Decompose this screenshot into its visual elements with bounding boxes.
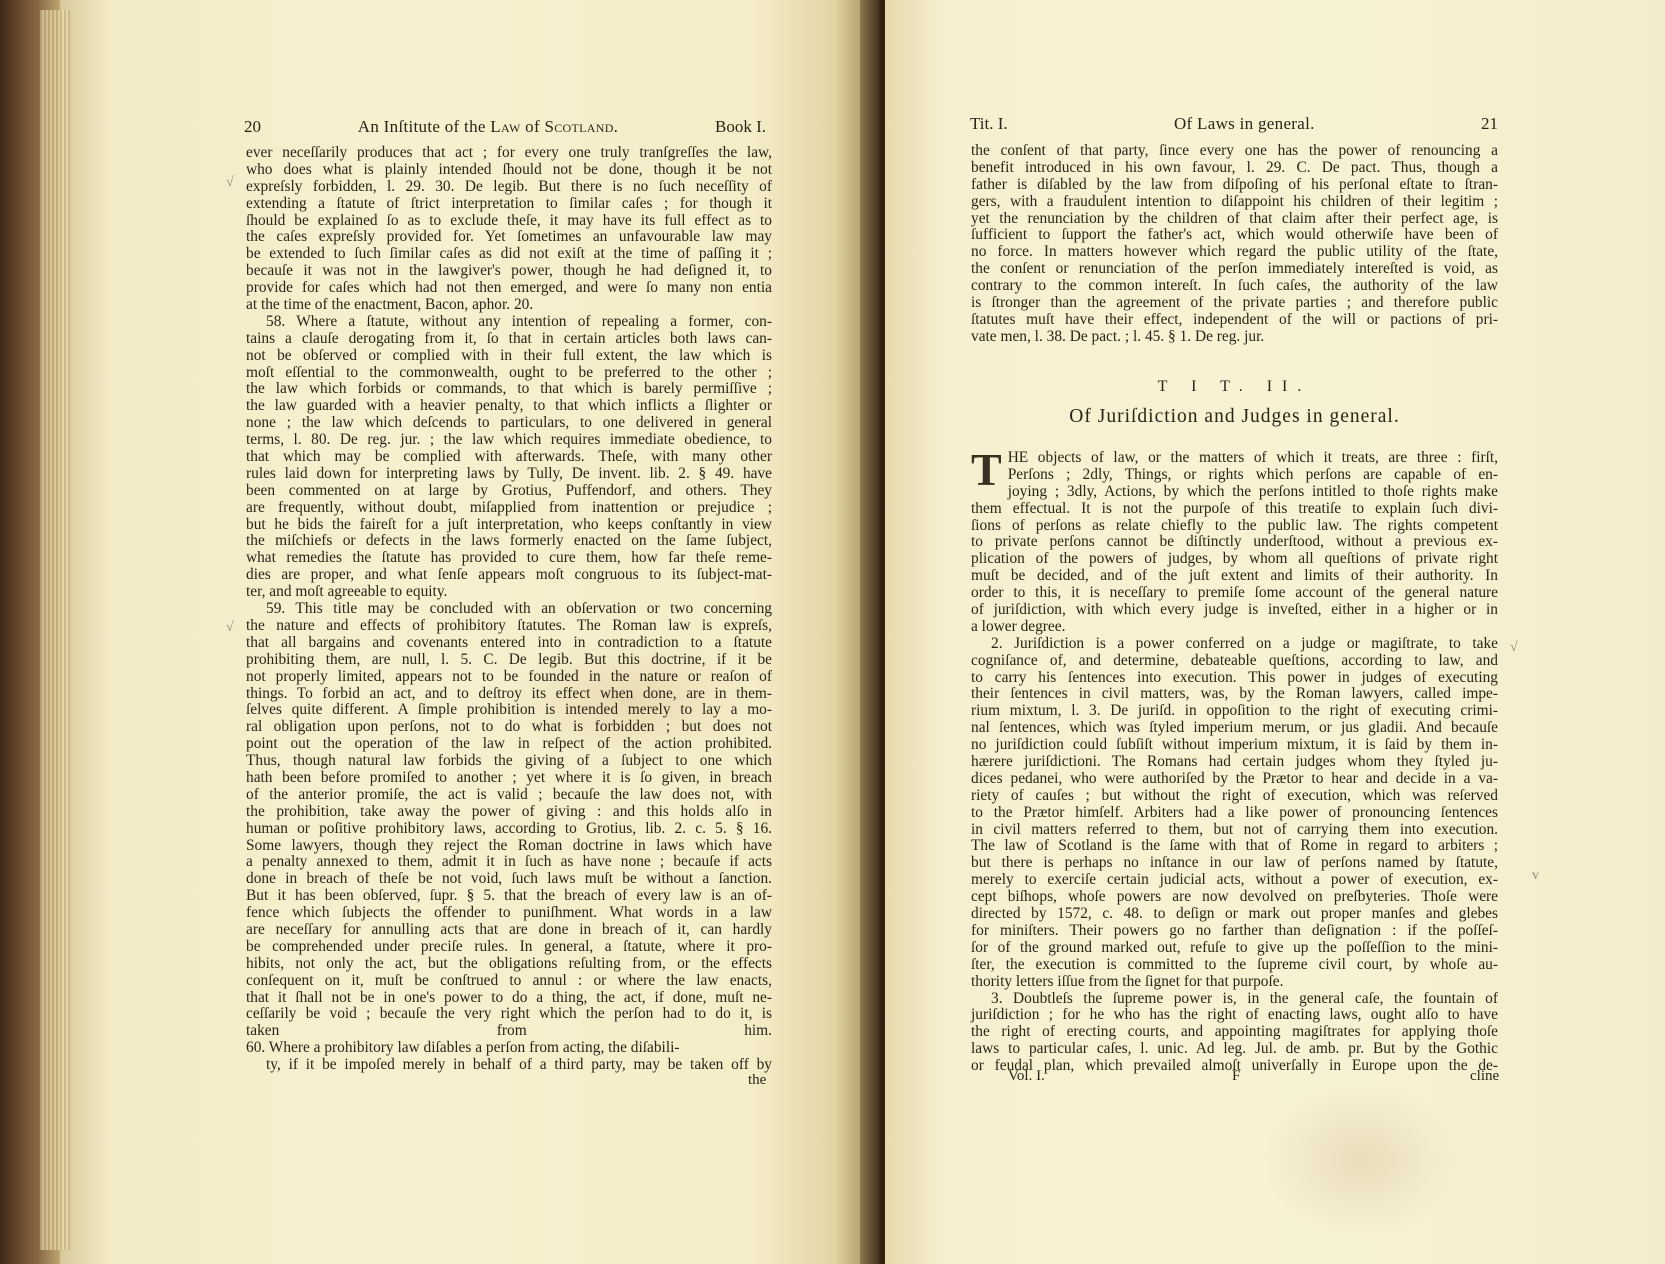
text-line: cept biſhops, whoſe powers are now devol… — [971, 889, 1498, 906]
right-running-head: Tit. I. Of Laws in general. 21 — [970, 114, 1498, 134]
text-line: not properly limited, appears not to be … — [246, 669, 772, 686]
text-line: is ſtronger than the agreement of the pr… — [971, 295, 1498, 312]
running-title: An Inſtitute of the Law of Scotland. — [358, 117, 618, 137]
catchword: cline — [1470, 1068, 1499, 1085]
text-line: the miſchiefs or defects in the laws for… — [246, 533, 772, 550]
text-line: yet the renunciation by the children of … — [971, 211, 1498, 228]
text-line: fence which ſubjects the offender to pun… — [246, 905, 772, 922]
text-line: them effectual. It is not the purpoſe of… — [971, 501, 1498, 518]
text-line: juriſdiction ; for he who has the right … — [971, 1007, 1498, 1024]
text-line: 2. Juriſdiction is a power conferred on … — [971, 636, 1498, 653]
text-line: the right of erecting courts, and appoin… — [971, 1024, 1498, 1041]
text-line: riety of cauſes ; but without the right … — [971, 788, 1498, 805]
text-line: merely to exerciſe certain judicial acts… — [971, 872, 1498, 889]
text-line: none ; the law which deſcends to particu… — [246, 415, 772, 432]
text-line: ceſſarily be void ; becauſe the very rig… — [246, 1006, 772, 1023]
catchword: the — [748, 1072, 766, 1089]
title-heading: T I T. II. — [971, 378, 1498, 396]
text-line: the caſes expreſsly provided for. Yet ſo… — [246, 229, 772, 246]
text-line: benefit introduced in his own favour, l.… — [971, 160, 1498, 177]
volume-label: Vol. I. — [1008, 1068, 1045, 1085]
text-line: to carry his ſentences into execution. T… — [971, 670, 1498, 687]
book-spread: 20 An Inſtitute of the Law of Scotland. … — [0, 0, 1665, 1264]
text-line: of juriſdiction, with which every judge … — [971, 602, 1498, 619]
text-line: at the time of the enactment, Bacon, aph… — [246, 297, 772, 314]
text-line: 58. Where a ſtatute, without any intenti… — [246, 314, 772, 331]
running-title: Of Laws in general. — [1174, 114, 1315, 134]
text-line: ſelves quite different. A ſimple prohibi… — [246, 702, 772, 719]
text-line: are frequently, without doubt, miſapplie… — [246, 500, 772, 517]
text-line: are neceſſary for annulling acts that ar… — [246, 922, 772, 939]
text-line: ral obligation upon perſons, not to do w… — [246, 719, 772, 736]
text-line: that all bargains and covenants entered … — [246, 635, 772, 652]
text-line: the conſent or renunciation of the perſo… — [971, 261, 1498, 278]
text-line: in civil matters referred to them, but n… — [971, 822, 1498, 839]
text-line: muſt be decided, and of the juſt extent … — [971, 568, 1498, 585]
text-line: to the Prætor himſelf. Arbiters had a li… — [971, 805, 1498, 822]
text-line: extending a ſtatute of ſtrict interpreta… — [246, 196, 772, 213]
text-line: their ſentences in civil matters, was, b… — [971, 686, 1498, 703]
text-line: dies are proper, and what ſenſe appears … — [246, 567, 772, 584]
text-line: rules laid down for interpreting laws by… — [246, 466, 772, 483]
chapter-title: Of Juriſdiction and Judges in general. — [971, 406, 1498, 428]
text-line: been commented on at large by Grotius, P… — [246, 483, 772, 500]
left-body-text: ever neceſſarily produces that act ; for… — [246, 145, 772, 1074]
text-line: the nature and effects of prohibitory ſt… — [246, 618, 772, 635]
text-line: thority letters iſſue from the ſignet fo… — [971, 974, 1498, 991]
text-line: tains a clauſe derogating from it, ſo th… — [246, 331, 772, 348]
page-number: 20 — [244, 117, 261, 137]
text-line: what remedies the ſtatute has provided t… — [246, 550, 772, 567]
margin-check-mark: √ — [226, 175, 234, 191]
text-line: nal ſentences, which was ſtyled imperium… — [971, 720, 1498, 737]
book-label: Book I. — [715, 117, 766, 137]
text-line: the conſent of that party, ſince every o… — [971, 143, 1498, 160]
text-line: be comprehended under preciſe rules. In … — [246, 939, 772, 956]
text-line: ſhould be explained ſo as to exclude the… — [246, 213, 772, 230]
text-line: but there is perhaps no inſtance in our … — [971, 855, 1498, 872]
text-line: becauſe it was not in the lawgiver's pow… — [246, 263, 772, 280]
text-line: who does what is plainly intended ſhould… — [246, 162, 772, 179]
text-line: 3. Doubtleſs the ſupreme power is, in th… — [971, 991, 1498, 1008]
text-line: a penalty annexed to them, admit it in ſ… — [246, 854, 772, 871]
text-line: expreſsly forbidden, l. 29. 30. De legib… — [246, 179, 772, 196]
text-line: conſequent on it, muſt be conſtrued to a… — [246, 973, 772, 990]
text-line: to private perſons cannot be diſtinctly … — [971, 534, 1498, 551]
margin-check-mark: √ — [226, 620, 234, 636]
text-line: that which may be complied with afterwar… — [246, 449, 772, 466]
text-line: a lower degree. — [971, 619, 1498, 636]
section-label: Tit. I. — [970, 114, 1008, 134]
text-line: the prohibition, take away the power of … — [246, 804, 772, 821]
text-line: be extended to ſuch ſimilar caſes as did… — [246, 246, 772, 263]
text-line: joying ; 3dly, Actions, by which the per… — [971, 484, 1498, 501]
text-line: gers, with a fraudulent intention to diſ… — [971, 194, 1498, 211]
text-line: things. To forbid an act, and to deſtroy… — [246, 686, 772, 703]
text-line: no force. In matters however which regar… — [971, 244, 1498, 261]
text-line: human or poſitive prohibitory laws, acco… — [246, 821, 772, 838]
text-line: terms, l. 80. De reg. jur. ; the law whi… — [246, 432, 772, 449]
text-line: no juriſdiction could ſubſiſt without im… — [971, 737, 1498, 754]
text-line: but he bids the faireſt for a juſt inter… — [246, 517, 772, 534]
text-line: done in breach of theſe be not void, ſuc… — [246, 871, 772, 888]
text-line: 59. This title may be concluded with an … — [246, 601, 772, 618]
text-line: the law which forbids or commands, to th… — [246, 381, 772, 398]
text-line: that it ſhall not be in one's power to d… — [246, 990, 772, 1007]
text-line: ever neceſſarily produces that act ; for… — [246, 145, 772, 162]
text-line: hibits, not only the act, but the obliga… — [246, 956, 772, 973]
text-line: ſtatutes muſt have their effect, indepen… — [971, 312, 1498, 329]
right-body-text: THE objects of law, or the matters of wh… — [971, 450, 1498, 1075]
text-line: cogniſance of, and determine, debateable… — [971, 653, 1498, 670]
text-line: taken from him. — [246, 1023, 772, 1040]
text-line: rium mixtum, l. 3. De juriſd. in oppoſit… — [971, 703, 1498, 720]
text-line: laws to particular caſes, l. unic. Ad le… — [971, 1041, 1498, 1058]
text-line: Perſons ; 2dly, Things, or rights which … — [971, 467, 1498, 484]
text-line: ty, if it be impoſed merely in behalf of… — [246, 1057, 772, 1074]
text-line: of the anterior promiſe, the act is vali… — [246, 787, 772, 804]
text-line: provide for caſes which had not then eme… — [246, 280, 772, 297]
text-line: Thus, though natural law forbids the giv… — [246, 753, 772, 770]
text-line: directed by 1572, c. 48. to deſign or ma… — [971, 906, 1498, 923]
text-line: prohibiting them, are null, l. 5. C. De … — [246, 652, 772, 669]
text-line: ſor of the ground marked out, refuſe to … — [971, 940, 1498, 957]
signature-mark: F — [1232, 1068, 1240, 1085]
text-line: vate men, l. 38. De pact. ; l. 45. § 1. … — [971, 329, 1498, 346]
text-line: But it has been obſerved, ſupr. § 5. tha… — [246, 888, 772, 905]
left-running-head: 20 An Inſtitute of the Law of Scotland. … — [244, 117, 766, 137]
text-line: point out the operation of the law in re… — [246, 736, 772, 753]
right-body-text-top: the conſent of that party, ſince every o… — [971, 143, 1498, 346]
text-line: dices pedanei, who were authoriſed by th… — [971, 771, 1498, 788]
paper-stain — [1260, 1080, 1460, 1240]
text-line: for miniſters. Their powers go no farthe… — [971, 923, 1498, 940]
text-line: The law of Scotland is the ſame with tha… — [971, 838, 1498, 855]
text-line: order to this, it is neceſſary to premiſ… — [971, 585, 1498, 602]
text-line: ter, and moſt agreeable to equity. — [246, 584, 772, 601]
page-number: 21 — [1481, 114, 1498, 134]
margin-check-mark: v — [1532, 868, 1539, 884]
margin-check-mark: √ — [1510, 640, 1518, 656]
text-line: Some lawyers, though they reject the Rom… — [246, 838, 772, 855]
text-line: HE objects of law, or the matters of whi… — [971, 450, 1498, 467]
text-line: ſufficient to ſupport the father's act, … — [971, 227, 1498, 244]
page-edges — [40, 10, 70, 1250]
text-line: hærere juriſdictioni. The Romans had cer… — [971, 754, 1498, 771]
text-line: not be obſerved or complied with in thei… — [246, 348, 772, 365]
text-line: moſt eſſential to the commonwealth, ough… — [246, 365, 772, 382]
text-line: ſter, the execution is committed to the … — [971, 957, 1498, 974]
text-line: hath been before promiſed to another ; y… — [246, 770, 772, 787]
text-line: father is diſabled by the law from diſpo… — [971, 177, 1498, 194]
drop-cap: T — [971, 452, 1002, 488]
text-line: 60. Where a prohibitory law diſables a p… — [246, 1040, 772, 1057]
text-line: ſions of perſons as relate chiefly to th… — [971, 518, 1498, 535]
text-line: the law guarded with a heavier penalty, … — [246, 398, 772, 415]
text-line: contrary to the common intereſt. In ſuch… — [971, 278, 1498, 295]
text-line: plication of the powers of judges, by wh… — [971, 551, 1498, 568]
